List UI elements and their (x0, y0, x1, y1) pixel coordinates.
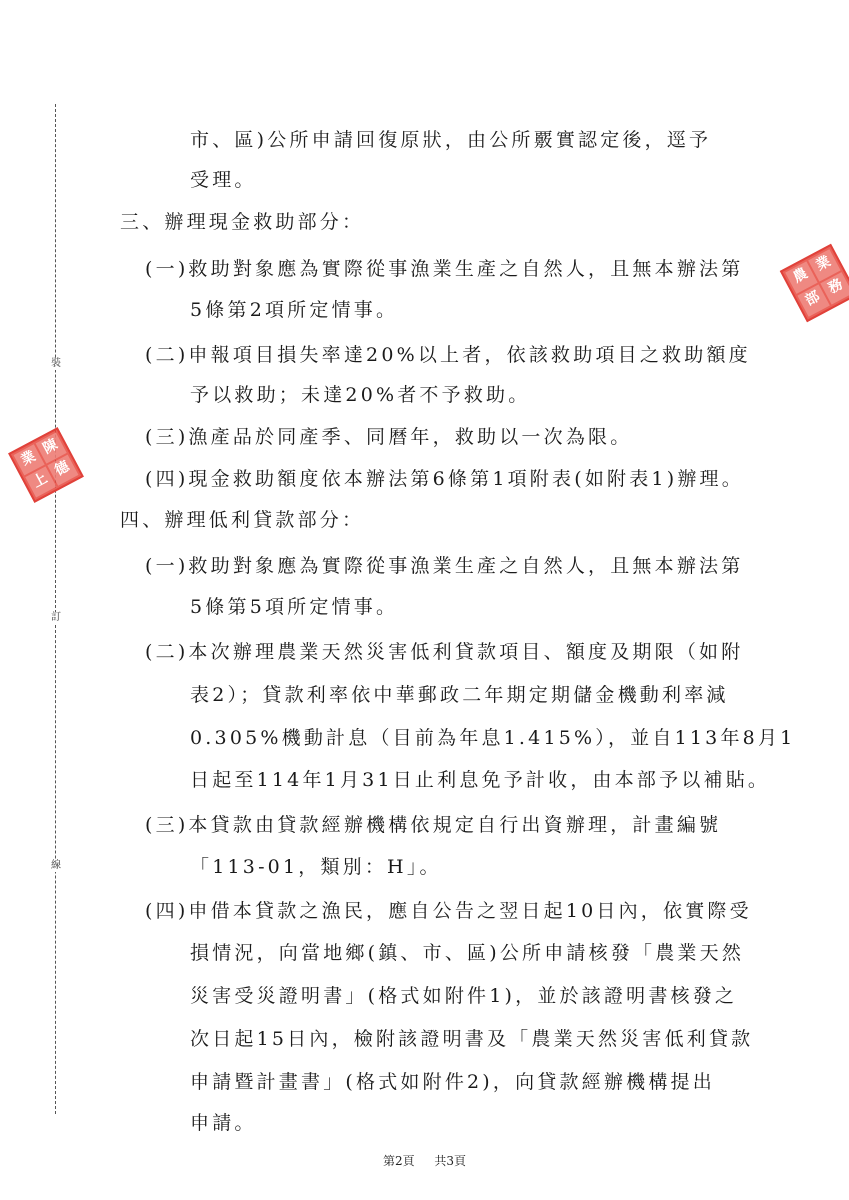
page-total: 共3頁 (434, 1154, 466, 1168)
binding-label-zhuang: 裝 (48, 358, 64, 370)
body-line: 次日起15日內，檢附該證明書及「農業天然災害低利貸款 (190, 1027, 753, 1051)
body-line: 市、區)公所申請回復原狀，由公所覈實認定後，逕予 (190, 128, 711, 152)
body-line: 5條第2項所定情事。 (190, 298, 398, 322)
body-line: 申請暨計畫書」(格式如附件2)，向貸款經辦機構提出 (190, 1070, 715, 1094)
body-line: (一)救助對象應為實際從事漁業生產之自然人，且無本辦法第 (145, 257, 743, 281)
body-line: 予以救助；未達20%者不予救助。 (190, 383, 530, 407)
body-line: (二)本次辦理農業天然災害低利貸款項目、額度及期限（如附 (145, 640, 743, 664)
body-line: 申請。 (190, 1111, 257, 1135)
body-line: (三)漁產品於同產季、同曆年，救助以一次為限。 (145, 425, 632, 449)
binding-label-xian: 線 (48, 860, 64, 872)
binding-label-ding: 訂 (48, 612, 64, 624)
body-line: (二)申報項目損失率達20%以上者，依該救助項目之救助額度 (145, 343, 751, 367)
page-number: 第2頁 (383, 1154, 415, 1168)
section-heading-low-interest-loan: 四、辦理低利貸款部分： (120, 508, 364, 532)
section-heading-cash-aid: 三、辦理現金救助部分： (120, 210, 364, 234)
official-seal-right: 農 業 部 務 (780, 244, 849, 322)
body-line: 損情況，向當地鄉(鎮、市、區)公所申請核發「農業天然 (190, 941, 744, 965)
page-footer: 第2頁 共3頁 (0, 1152, 849, 1169)
body-line: 5條第5項所定情事。 (190, 595, 398, 619)
body-line: (四)申借本貸款之漁民，應自公告之翌日起10日內，依實際受 (145, 899, 752, 923)
body-line: 災害受災證明書」(格式如附件1)，並於該證明書核發之 (190, 984, 737, 1008)
body-line: 受理。 (190, 168, 257, 192)
binding-line (55, 104, 56, 1114)
body-line: (四)現金救助額度依本辦法第6條第1項附表(如附表1)辦理。 (145, 467, 744, 491)
body-line: 0.305%機動計息（目前為年息1.415%），並自113年8月1 (190, 726, 795, 750)
body-line: 表2）；貸款利率依中華郵政二年期定期儲金機動利率減 (190, 683, 729, 707)
body-line: (一)救助對象應為實際從事漁業生產之自然人，且無本辦法第 (145, 554, 743, 578)
body-line: (三)本貸款由貸款經辦機構依規定自行出資辦理，計畫編號 (145, 813, 721, 837)
body-line: 日起至114年1月31日止利息免予計收，由本部予以補貼。 (190, 768, 770, 792)
official-seal-left: 業 陳 上 德 (8, 427, 84, 503)
body-line: 「113-01，類別：H」。 (190, 855, 442, 879)
